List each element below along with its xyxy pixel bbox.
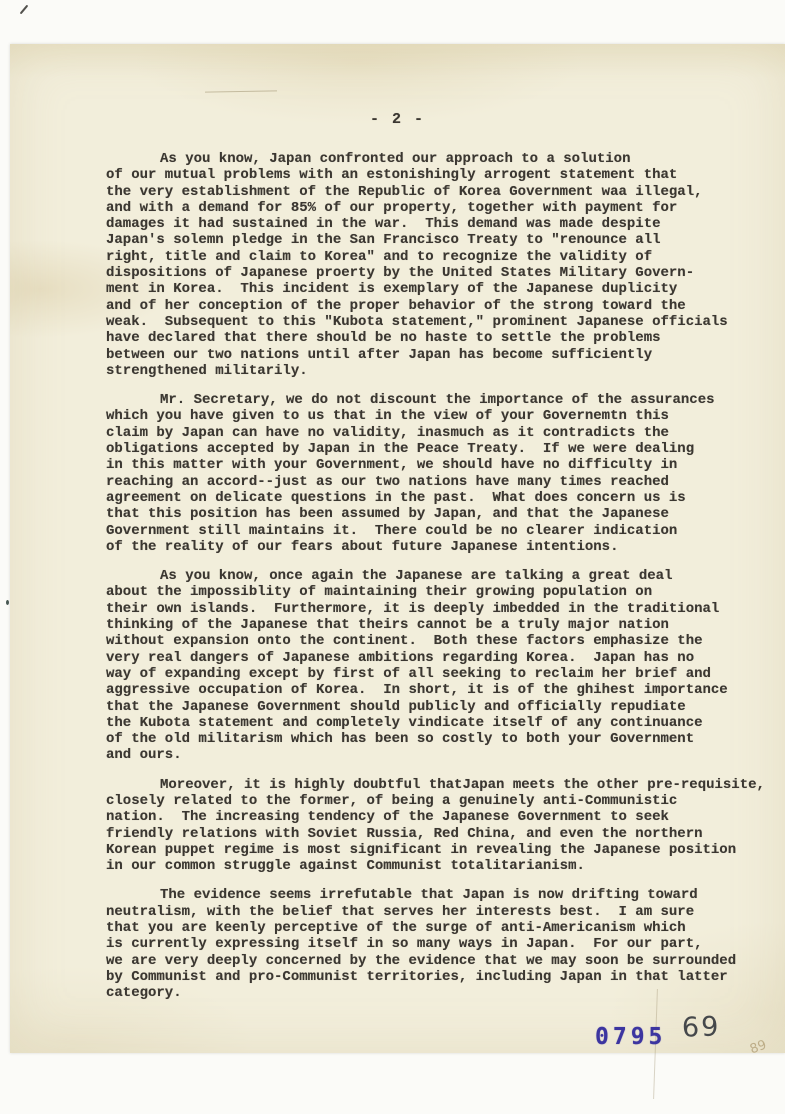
document-page: - 2 - As you know, Japan confronted our … — [10, 44, 785, 1053]
paper-speck — [6, 600, 9, 605]
pen-tick-mark — [20, 5, 29, 15]
paragraph-japanese-ambitions: As you know, once again the Japanese are… — [106, 568, 768, 764]
letter-body: As you know, Japan confronted our approa… — [106, 151, 768, 1015]
paragraph-assurances: Mr. Secretary, we do not discount the im… — [106, 392, 768, 555]
paragraph-neutralism: The evidence seems irrefutable that Japa… — [106, 887, 768, 1001]
scan-area: - 2 - As you know, Japan confronted our … — [0, 0, 785, 1114]
page-number: - 2 - — [10, 112, 785, 128]
paragraph-anti-communism: Moreover, it is highly doubtful thatJapa… — [106, 777, 768, 875]
paragraph-kubota-statement: As you know, Japan confronted our approa… — [106, 151, 768, 379]
pencil-annotation: 89 — [748, 1038, 769, 1058]
archive-stamp-number: 0795 — [595, 1024, 666, 1050]
scratch-mark — [205, 90, 277, 92]
handwritten-page-number: 69 — [681, 1011, 720, 1043]
